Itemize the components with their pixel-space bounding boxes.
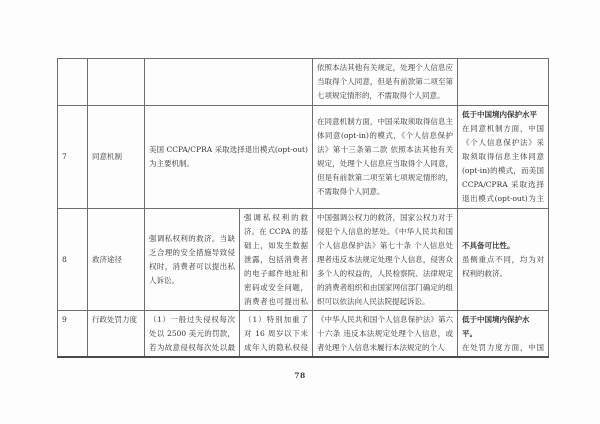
row9-china-law-cell: 《中华人民共和国个人信息保护法》第六十六条 违反本法规定处理个人信息，或者处理个… bbox=[313, 311, 458, 358]
row7-us-approach-cell: 美国 CCPA/CPRA 采取选择退出模式(opt-out)为主要机制。 bbox=[145, 106, 313, 209]
row8-cpra-cell: 强调私权利的救济。在 CCPA 的基础上，如发生数据泄露，包括消费者的电子邮件地… bbox=[240, 209, 313, 311]
row7-category-cell: 同意机制 bbox=[88, 106, 145, 209]
cont-us-cell bbox=[145, 59, 313, 106]
cont-china-law-text: 依照本法其他有关规定，处理个人信息应当取得个人同意，但是有前款第二项至第七项规定… bbox=[317, 61, 453, 103]
table-row-7: 7 同意机制 美国 CCPA/CPRA 采取选择退出模式(opt-out)为主要… bbox=[58, 106, 549, 209]
row8-conclusion-text: 虽侧重点不同，均为对权利的救济。 bbox=[462, 255, 544, 278]
row7-china-law-cell: 在同意机制方面，中国采取须取得信息主体同意(opt-in)的模式，《个人信息保护… bbox=[313, 106, 458, 209]
cont-category-cell bbox=[88, 59, 145, 106]
page-number: 78 bbox=[0, 371, 600, 380]
cont-number-cell bbox=[58, 59, 88, 106]
row9-category-cell: 行政处罚力度 bbox=[88, 311, 145, 358]
table-row-9: 9 行政处罚力度 （1）一般过失侵权每次处以 2500 美元的罚款，若为故意侵权… bbox=[58, 311, 549, 358]
table-row-continuation: 依照本法其他有关规定，处理个人信息应当取得个人同意，但是有前款第二项至第七项规定… bbox=[58, 59, 549, 106]
row8-china-law-text: 中国强调公权力的救济，国家公权力对于侵犯个人信息的惩处。《中华人民共和国个人信息… bbox=[317, 211, 453, 308]
row8-conclusion-cell: 不具备可比性。 虽侧重点不同，均为对权利的救济。 bbox=[458, 209, 549, 311]
row8-category-cell: 救济途径 bbox=[88, 209, 145, 311]
row7-number-cell: 7 bbox=[58, 106, 88, 209]
row9-conclusion-heading: 低于中国境内保护水平。 bbox=[462, 313, 544, 341]
row8-china-law-cell: 中国强调公权力的救济，国家公权力对于侵犯个人信息的惩处。《中华人民共和国个人信息… bbox=[313, 209, 458, 311]
row7-conclusion-cell: 低于中国境内保护水平 在同意机制方面，中国《个人信息保护法》采取须取得信息主体同… bbox=[458, 106, 549, 209]
document-page: 依照本法其他有关规定，处理个人信息应当取得个人同意，但是有前款第二项至第七项规定… bbox=[0, 0, 600, 424]
row9-china-law-text: 《中华人民共和国个人信息保护法》第六十六条 违反本法规定处理个人信息，或者处理个… bbox=[317, 313, 453, 354]
table-row-8: 8 救济途径 强调私权利的救济。当缺乏合理的安全措施导致侵权时，消费者可以提出私… bbox=[58, 209, 549, 311]
row8-cpra-text: 强调私权利的救济。在 CCPA 的基础上，如发生数据泄露，包括消费者的电子邮件地… bbox=[244, 211, 308, 308]
row9-ccpa-text: （1）一般过失侵权每次处以 2500 美元的罚款，若为故意侵权每次处以最高 bbox=[149, 313, 235, 354]
row9-cpra-text: （1）特别加重了对 16 周岁以下未成年人的隐私权侵权行 bbox=[244, 313, 308, 354]
cont-china-law-cell: 依照本法其他有关规定，处理个人信息应当取得个人同意，但是有前款第二项至第七项规定… bbox=[313, 59, 458, 106]
row9-conclusion-cell: 低于中国境内保护水平。 在处罚力度方面，中国《个人信息保护法》的处罚力 bbox=[458, 311, 549, 358]
row8-ccpa-cell: 强调私权利的救济。当缺乏合理的安全措施导致侵权时，消费者可以提出私人诉讼。 bbox=[145, 209, 240, 311]
row9-number-cell: 9 bbox=[58, 311, 88, 358]
row7-china-law-text: 在同意机制方面，中国采取须取得信息主体同意(opt-in)的模式，《个人信息保护… bbox=[317, 115, 453, 199]
row8-ccpa-text: 强调私权利的救济。当缺乏合理的安全措施导致侵权时，消费者可以提出私人诉讼。 bbox=[149, 232, 235, 288]
row8-conclusion-heading: 不具备可比性。 bbox=[462, 239, 544, 253]
row7-us-approach-text: 美国 CCPA/CPRA 采取选择退出模式(opt-out)为主要机制。 bbox=[149, 143, 308, 171]
row9-ccpa-cell: （1）一般过失侵权每次处以 2500 美元的罚款，若为故意侵权每次处以最高 bbox=[145, 311, 240, 358]
row9-cpra-cell: （1）特别加重了对 16 周岁以下未成年人的隐私权侵权行 bbox=[240, 311, 313, 358]
cont-conclusion-cell bbox=[458, 59, 549, 106]
row7-conclusion-heading: 低于中国境内保护水平 bbox=[462, 108, 544, 122]
row7-conclusion-text: 在同意机制方面，中国《个人信息保护法》采取须取得信息主体同意(opt-in)的模… bbox=[462, 124, 544, 206]
ccpa-pipl-comparison-table: 依照本法其他有关规定，处理个人信息应当取得个人同意，但是有前款第二项至第七项规定… bbox=[57, 58, 549, 358]
row9-conclusion-text: 在处罚力度方面，中国《个人信息保护法》的处罚力 bbox=[462, 343, 544, 354]
row8-number-cell: 8 bbox=[58, 209, 88, 311]
